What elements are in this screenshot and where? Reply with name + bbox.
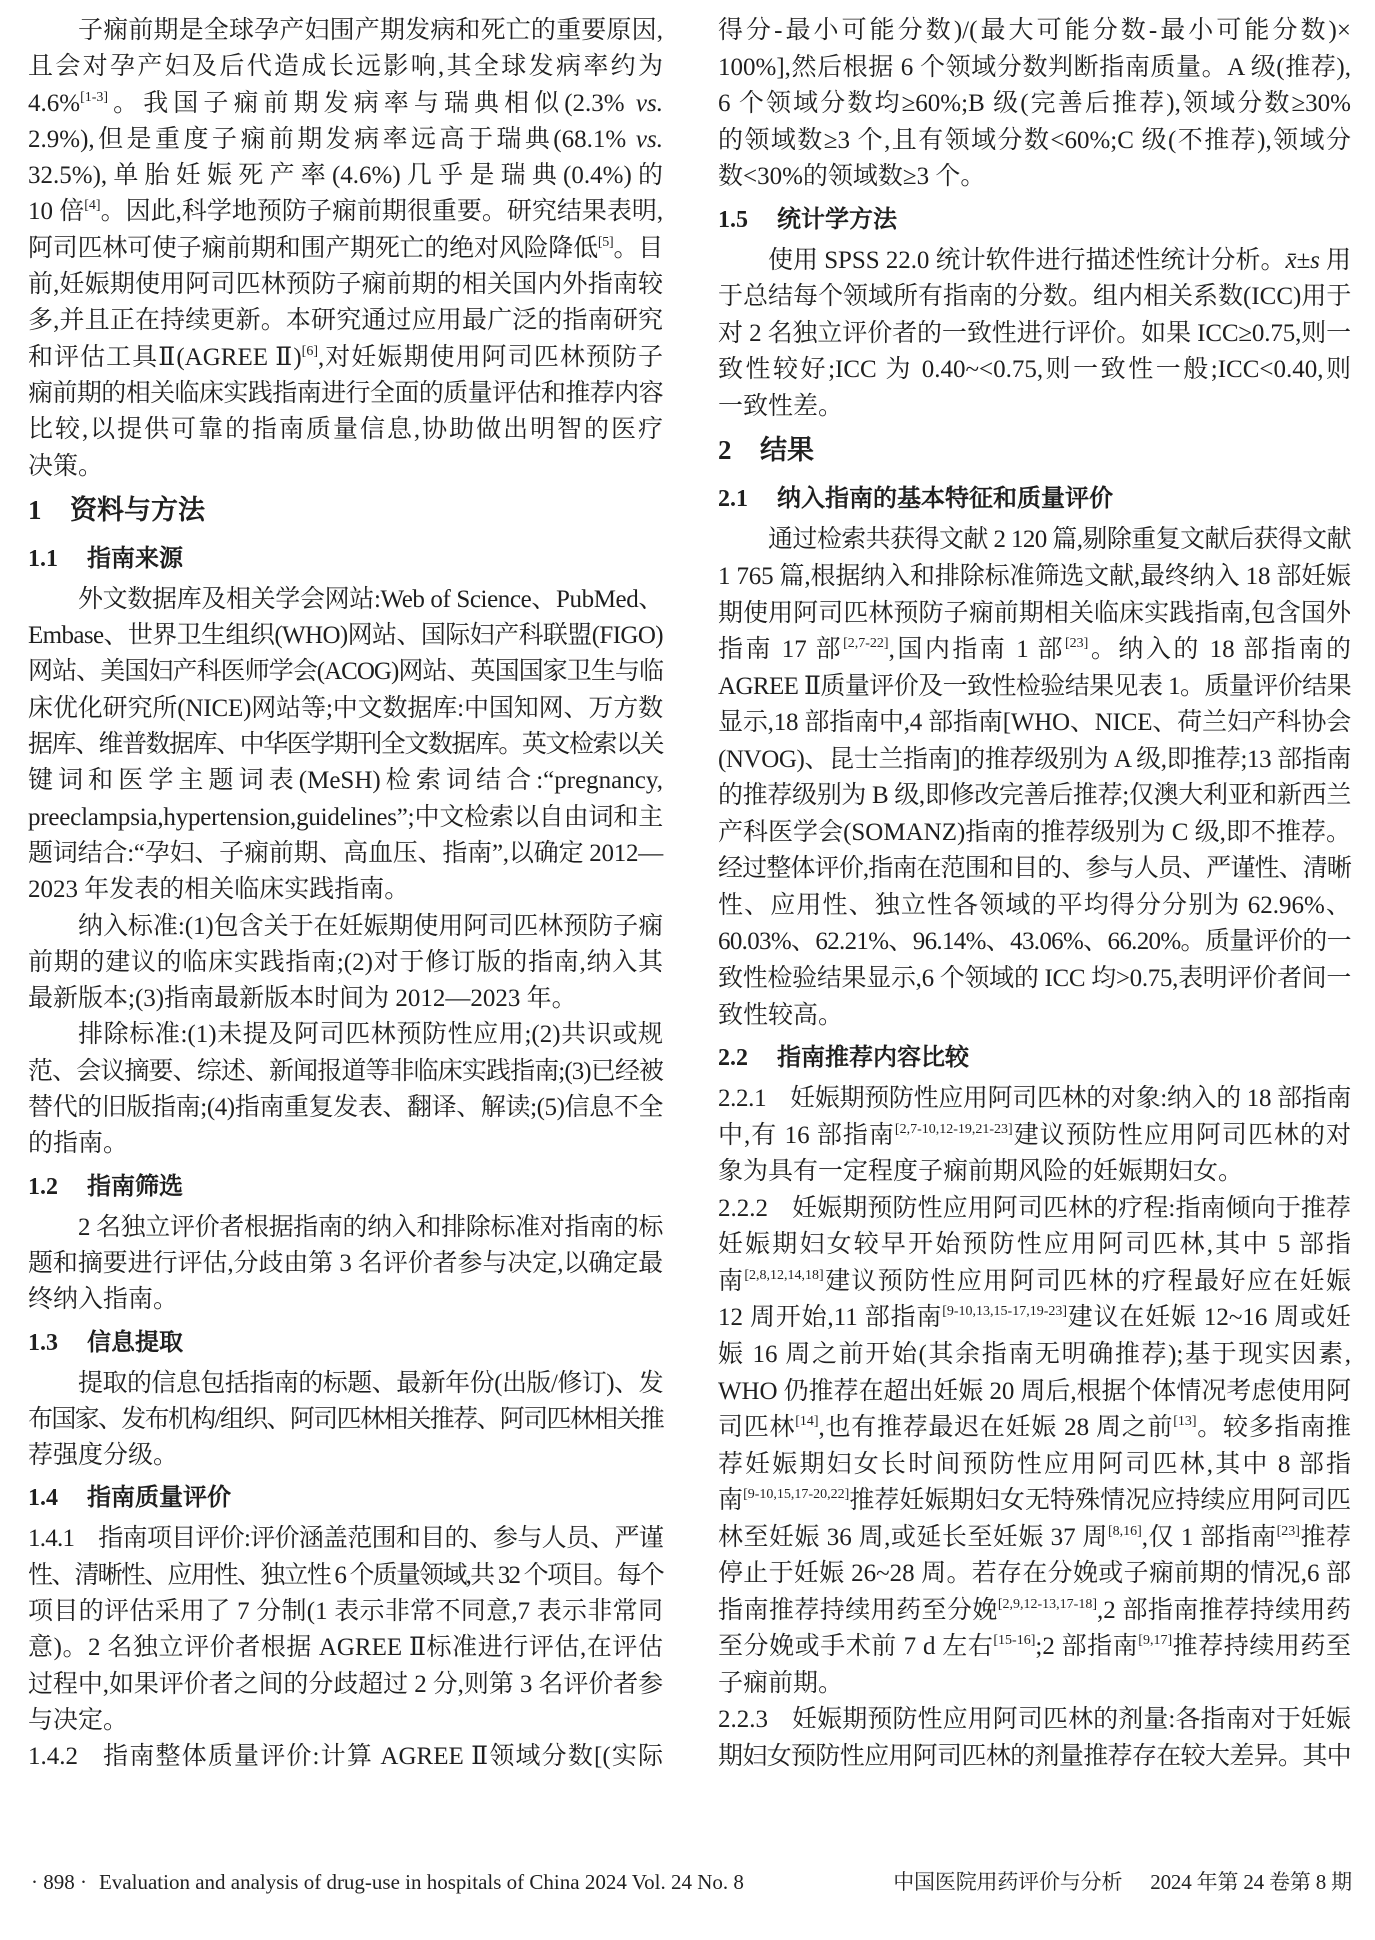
text-line: 题词结合:“孕妇、子痫前期、高血压、指南”,以确定 2012— — [28, 836, 663, 872]
text-segment: 建议预防性应用阿司匹林的对 — [1013, 1122, 1351, 1149]
text-line: 致性检验结果显示,6 个领域的 ICC 均>0.75,表明评价者间一 — [718, 961, 1351, 998]
section-heading-1-2: 1.2指南筛选 — [28, 1163, 663, 1210]
text-line: 通过检索共获得文献 2 120 篇,剔除重复文献后获得文献 — [718, 522, 1351, 559]
text-segment: 妊娠期预防性应用阿司匹林的剂量:各指南对于妊娠 — [792, 1706, 1351, 1733]
text-line: 题和摘要进行评估,分歧由第 3 名评价者参与决定,以确定最 — [28, 1246, 663, 1282]
subsection-number: 2.2.3 — [718, 1706, 768, 1733]
text-line: 南[2,8,12,14,18]建议预防性应用阿司匹林的疗程最好应在妊娠 — [718, 1264, 1351, 1301]
text-line: 2.9%),但是重度子痫前期发病率远高于瑞典(68.1% vs. — [28, 122, 663, 158]
text-segment: 推荐持续用药至 — [1172, 1633, 1351, 1660]
results-characteristics-paragraph: 通过检索共获得文献 2 120 篇,剔除重复文献后获得文献 1 765 篇,根据… — [718, 522, 1351, 1034]
text-line: 2.2.1妊娠期预防性应用阿司匹林的对象:纳入的 18 部指南 — [718, 1081, 1351, 1118]
text-segment: 。我国子痫前期发病率与瑞典相似(2.3% — [108, 90, 636, 117]
text-line: 对 2 名独立评价者的一致性进行评价。如果 ICC≥0.75,则一 — [718, 316, 1351, 353]
text-line: 多,并且正在持续更新。本研究通过应用最广泛的指南研究 — [28, 303, 663, 339]
text-segment: 建议预防性应用阿司匹林的疗程最好应在妊娠 — [824, 1268, 1351, 1295]
text-line: 指南 17 部[2,7-22],国内指南 1 部[23]。纳入的 18 部指南的 — [718, 632, 1351, 669]
heading-title: 指南来源 — [87, 545, 183, 572]
text-segment: ,2 部指南推荐持续用药 — [1097, 1597, 1351, 1624]
text-line: 2023 年发表的相关临床实践指南。 — [28, 872, 663, 908]
text-line: 显示,18 部指南中,4 部指南[WHO、NICE、荷兰妇产科协会 — [718, 705, 1351, 742]
section-heading-2-1: 2.1纳入指南的基本特征和质量评价 — [718, 475, 1351, 522]
text-line: 的推荐级别为 B 级,即修改完善后推荐;仅澳大利亚和新西兰 — [718, 778, 1351, 815]
journal-page: 子痫前期是全球孕产妇围产期发病和死亡的重要原因, 且会对孕产妇及后代造成长远影响… — [0, 0, 1375, 1940]
citation-superscript: [2,8,12,14,18] — [744, 1268, 823, 1283]
text-segment: ,国内指南 1 部 — [889, 636, 1065, 663]
text-segment: 妊娠期预防性应用阿司匹林的疗程:指南倾向于推荐 — [792, 1195, 1351, 1222]
text-segment: 。目 — [613, 235, 663, 262]
text-line: 一致性差。 — [718, 389, 1351, 426]
heading-title: 指南质量评价 — [87, 1484, 231, 1511]
text-line: 比较,以提供可靠的指南质量信息,协助做出明智的医疗 — [28, 412, 663, 448]
text-segment: 和评估工具Ⅱ(AGREE Ⅱ) — [28, 344, 302, 371]
text-line: 4.6%[1-3]。我国子痫前期发病率与瑞典相似(2.3% vs. — [28, 86, 663, 122]
text-line: 的领域数≥3 个,且有领域分数<60%;C 级(不推荐),领域分 — [718, 123, 1351, 160]
text-line: Embase、世界卫生组织(WHO)网站、国际妇产科联盟(FIGO) — [28, 618, 663, 654]
subsection-2-2-3: 2.2.3妊娠期预防性应用阿司匹林的剂量:各指南对于妊娠 期妇女预防性应用阿司匹… — [718, 1702, 1351, 1775]
text-line: 中,有 16 部指南[2,7-10,12-19,21-23]建议预防性应用阿司匹… — [718, 1118, 1351, 1155]
heading-number: 2 — [718, 425, 760, 475]
heading-title: 资料与方法 — [70, 495, 205, 525]
text-segment: 南 — [718, 1487, 743, 1514]
text-line: 子痫前期是全球孕产妇围产期发病和死亡的重要原因, — [28, 13, 663, 49]
text-line: 2.2.3妊娠期预防性应用阿司匹林的剂量:各指南对于妊娠 — [718, 1702, 1351, 1739]
text-segment: 。因此,科学地预防子痫前期很重要。研究结果表明, — [101, 198, 664, 225]
text-line: 致性较高。 — [718, 998, 1351, 1035]
journal-name-cn: 中国医院用药评价与分析 — [893, 1870, 1122, 1894]
statistics-paragraph: 使用 SPSS 22.0 统计软件进行描述性统计分析。x̄±s 用 于总结每个领… — [718, 243, 1351, 426]
text-segment: 。较多指南推 — [1197, 1414, 1351, 1441]
text-line: 阿司匹林可使子痫前期和围产期死亡的绝对风险降低[5]。目 — [28, 231, 663, 267]
text-line: 项目的评估采用了 7 分制(1 表示非常不同意,7 表示非常同 — [28, 1594, 663, 1630]
text-line: (NVOG)、昆士兰指南]的推荐级别为 A 级,即推荐;13 部指南 — [718, 742, 1351, 779]
text-line: 据库、维普数据库、中华医学期刊全文数据库。英文检索以关 — [28, 727, 663, 763]
citation-superscript: [1-3] — [80, 90, 108, 105]
text-line: 指南推荐持续用药至分娩[2,9,12-13,17-18],2 部指南推荐持续用药 — [718, 1593, 1351, 1630]
text-line: 12 周开始,11 部指南[9-10,13,15-17,19-23]建议在妊娠 … — [718, 1300, 1351, 1337]
text-line: 终纳入指南。 — [28, 1282, 663, 1318]
text-line: 林至妊娠 36 周,或延长至妊娠 37 周[8,16],仅 1 部指南[23]推… — [718, 1520, 1351, 1557]
section-heading-1-3: 1.3信息提取 — [28, 1319, 663, 1366]
citation-superscript: [4] — [84, 198, 100, 213]
subsection-number: 2.2.1 — [718, 1085, 766, 1112]
text-segment: 指南整体质量评价:计算 AGREE Ⅱ领域分数[(实际 — [102, 1743, 663, 1770]
text-segment: 建议在妊娠 12~16 周或妊 — [1067, 1304, 1351, 1331]
grading-continuation-paragraph: 得分-最小可能分数)/(最大可能分数-最小可能分数)× 100%],然后根据 6… — [718, 13, 1351, 196]
text-line: 1 765 篇,根据纳入和排除标准筛选文献,最终纳入 18 部妊娠 — [718, 559, 1351, 596]
text-segment: ,仅 1 部指南 — [1142, 1524, 1277, 1551]
running-footer-left: · 898 ·Evaluation and analysis of drug-u… — [31, 1867, 761, 1897]
text-segment: ,也有推荐最迟在妊娠 28 周之前 — [819, 1414, 1174, 1441]
section-heading-1-4: 1.4指南质量评价 — [28, 1474, 663, 1521]
text-line: 的指南。 — [28, 1126, 663, 1162]
text-line: 外文数据库及相关学会网站:Web of Science、PubMed、 — [28, 582, 663, 618]
heading-number: 2.2 — [718, 1035, 777, 1082]
subsection-2-2-2: 2.2.2妊娠期预防性应用阿司匹林的疗程:指南倾向于推荐 妊娠期妇女较早开始预防… — [718, 1191, 1351, 1703]
screening-paragraph: 2 名独立评价者根据指南的纳入和排除标准对指南的标 题和摘要进行评估,分歧由第 … — [28, 1210, 663, 1319]
issue-info-cn: 2024 年第 24 卷第 8 期 — [1150, 1870, 1352, 1894]
text-line: AGREE Ⅱ质量评价及一致性检验结果见表 1。质量评价结果 — [718, 669, 1351, 706]
text-line: 子痫前期。 — [718, 1666, 1351, 1703]
text-line: 性、应用性、独立性各领域的平均得分分别为 62.96%、 — [718, 888, 1351, 925]
text-segment: 指南 17 部 — [718, 636, 843, 663]
section-heading-1: 1资料与方法 — [28, 485, 663, 535]
text-line: 100%],然后根据 6 个领域分数判断指南质量。A 级(推荐), — [718, 50, 1351, 87]
citation-superscript: [6] — [302, 344, 318, 359]
citation-superscript: [9,17] — [1138, 1633, 1172, 1648]
text-line: 前,妊娠期使用阿司匹林预防子痫前期的相关国内外指南较 — [28, 267, 663, 303]
subsection-number: 1.4.1 — [28, 1525, 74, 1552]
text-line: 布国家、发布机构/组织、阿司匹林相关推荐、阿司匹林相关推 — [28, 1402, 663, 1438]
citation-superscript: [5] — [598, 235, 614, 250]
text-line: 意)。2 名独立评价者根据 AGREE Ⅱ标准进行评估,在评估 — [28, 1630, 663, 1666]
text-segment: 指南项目评价:评价涵盖范围和目的、参与人员、严谨 — [98, 1525, 663, 1552]
mean-sd-symbol: x̄±s — [1285, 247, 1319, 274]
citation-superscript: [23] — [1277, 1524, 1300, 1539]
citation-superscript: [2,9,12-13,17-18] — [998, 1597, 1097, 1612]
text-segment: ;2 部指南 — [1035, 1633, 1138, 1660]
text-line: 前期的建议的临床实践指南;(2)对于修订版的指南,纳入其 — [28, 945, 663, 981]
citation-superscript: [9-10,15,17-20,22] — [743, 1487, 849, 1502]
text-line: 10 倍[4]。因此,科学地预防子痫前期很重要。研究结果表明, — [28, 194, 663, 230]
citation-superscript: [14] — [795, 1414, 818, 1429]
text-segment: 推荐妊娠期妇女无特殊情况应持续应用阿司匹 — [849, 1487, 1351, 1514]
text-segment: 用 — [1320, 247, 1351, 274]
text-segment: 。纳入的 18 部指南的 — [1088, 636, 1351, 663]
heading-number: 1 — [28, 485, 70, 535]
text-line: 荐强度分级。 — [28, 1438, 663, 1474]
text-segment: 林至妊娠 36 周,或延长至妊娠 37 周 — [718, 1524, 1108, 1551]
running-footer-right: 中国医院用药评价与分析2024 年第 24 卷第 8 期 — [892, 1867, 1352, 1897]
left-column: 子痫前期是全球孕产妇围产期发病和死亡的重要原因, 且会对孕产妇及后代造成长远影响… — [28, 13, 663, 1775]
text-line: WHO 仍推荐在超出妊娠 20 周后,根据个体情况考虑使用阿 — [718, 1374, 1351, 1411]
heading-title: 指南推荐内容比较 — [777, 1044, 969, 1071]
text-line: 使用 SPSS 22.0 统计软件进行描述性统计分析。x̄±s 用 — [718, 243, 1351, 280]
text-line: 键词和医学主题词表(MeSH)检索词结合:“pregnancy, — [28, 763, 663, 799]
inclusion-criteria-paragraph: 纳入标准:(1)包含关于在妊娠期使用阿司匹林预防子痫 前期的建议的临床实践指南;… — [28, 909, 663, 1018]
heading-title: 信息提取 — [87, 1329, 183, 1356]
heading-number: 1.5 — [718, 197, 777, 244]
subsection-1-4-1: 1.4.1指南项目评价:评价涵盖范围和目的、参与人员、严谨 性、清晰性、应用性、… — [28, 1521, 663, 1739]
text-line: 1.4.1指南项目评价:评价涵盖范围和目的、参与人员、严谨 — [28, 1521, 663, 1557]
journal-name-en: Evaluation and analysis of drug-use in h… — [99, 1870, 744, 1894]
text-line: 纳入标准:(1)包含关于在妊娠期使用阿司匹林预防子痫 — [28, 909, 663, 945]
heading-number: 1.4 — [28, 1475, 87, 1522]
citation-superscript: [9-10,13,15-17,19-23] — [942, 1304, 1067, 1319]
text-line: 期使用阿司匹林预防子痫前期相关临床实践指南,包含国外 — [718, 596, 1351, 633]
citation-superscript: [2,7-22] — [843, 636, 889, 651]
sources-paragraph: 外文数据库及相关学会网站:Web of Science、PubMed、 Emba… — [28, 582, 663, 909]
text-line: 60.03%、62.21%、96.14%、43.06%、66.20%。质量评价的… — [718, 924, 1351, 961]
citation-superscript: [8,16] — [1108, 1524, 1142, 1539]
text-line: 得分-最小可能分数)/(最大可能分数-最小可能分数)× — [718, 13, 1351, 50]
text-line: 替代的旧版指南;(4)指南重复发表、翻译、解读;(5)信息不全 — [28, 1090, 663, 1126]
text-line: 象为具有一定程度子痫前期风险的妊娠期妇女。 — [718, 1154, 1351, 1191]
text-line: 产科医学会(SOMANZ)指南的推荐级别为 C 级,即不推荐。 — [718, 815, 1351, 852]
text-line: 性、清晰性、应用性、独立性 6 个质量领域,共 32 个项目。每个 — [28, 1558, 663, 1594]
text-segment: 至分娩或手术前 7 d 左右 — [718, 1633, 993, 1660]
text-line: 于总结每个领域所有指南的分数。组内相关系数(ICC)用于 — [718, 279, 1351, 316]
text-line: 2 名独立评价者根据指南的纳入和排除标准对指南的标 — [28, 1210, 663, 1246]
subsection-2-2-1: 2.2.1妊娠期预防性应用阿司匹林的对象:纳入的 18 部指南 中,有 16 部… — [718, 1081, 1351, 1191]
text-line: 提取的信息包括指南的标题、最新年份(出版/修订)、发 — [28, 1366, 663, 1402]
text-line: preeclampsia,hypertension,guidelines”;中文… — [28, 800, 663, 836]
text-line: 司匹林[14],也有推荐最迟在妊娠 28 周之前[13]。较多指南推 — [718, 1410, 1351, 1447]
text-line: 决策。 — [28, 449, 663, 485]
text-line: 和评估工具Ⅱ(AGREE Ⅱ)[6],对妊娠期使用阿司匹林预防子 — [28, 340, 663, 376]
text-line: 至分娩或手术前 7 d 左右[15-16];2 部指南[9,17]推荐持续用药至 — [718, 1629, 1351, 1666]
right-column: 得分-最小可能分数)/(最大可能分数-最小可能分数)× 100%],然后根据 6… — [718, 13, 1351, 1776]
exclusion-criteria-paragraph: 排除标准:(1)未提及阿司匹林预防性应用;(2)共识或规 范、会议摘要、综述、新… — [28, 1017, 663, 1162]
text-line: 娠 16 周之前开始(其余指南无明确推荐);基于现实因素, — [718, 1337, 1351, 1374]
text-line: 荐妊娠期妇女长时间预防性应用阿司匹林,其中 8 部指 — [718, 1447, 1351, 1484]
text-line: 致性较好;ICC 为 0.40~<0.75,则一致性一般;ICC<0.40,则 — [718, 352, 1351, 389]
subsection-1-4-2: 1.4.2指南整体质量评价:计算 AGREE Ⅱ领域分数[(实际 — [28, 1739, 663, 1775]
text-line: 与决定。 — [28, 1703, 663, 1739]
text-segment: 4.6% — [28, 90, 80, 117]
text-segment: 10 倍 — [28, 198, 84, 225]
text-segment: 使用 SPSS 22.0 统计软件进行描述性统计分析。 — [768, 247, 1285, 274]
heading-number: 1.1 — [28, 536, 87, 583]
text-segment: 推荐 — [1300, 1524, 1351, 1551]
section-heading-1-1: 1.1指南来源 — [28, 535, 663, 582]
text-segment: 中,有 16 部指南 — [718, 1122, 895, 1149]
text-line: 排除标准:(1)未提及阿司匹林预防性应用;(2)共识或规 — [28, 1017, 663, 1053]
intro-paragraph: 子痫前期是全球孕产妇围产期发病和死亡的重要原因, 且会对孕产妇及后代造成长远影响… — [28, 13, 663, 485]
text-line: 南[9-10,15,17-20,22]推荐妊娠期妇女无特殊情况应持续应用阿司匹 — [718, 1483, 1351, 1520]
heading-number: 1.2 — [28, 1164, 87, 1211]
section-heading-1-5: 1.5统计学方法 — [718, 196, 1351, 243]
text-line: 痫前期的相关临床实践指南进行全面的质量评估和推荐内容 — [28, 376, 663, 412]
section-heading-2-2: 2.2指南推荐内容比较 — [718, 1034, 1351, 1081]
text-segment: ,对妊娠期使用阿司匹林预防子 — [318, 344, 663, 371]
heading-number: 2.1 — [718, 476, 777, 523]
page-number: · 898 · — [31, 1870, 87, 1894]
text-segment: 2.9%),但是重度子痫前期发病率远高于瑞典(68.1% — [28, 126, 636, 153]
citation-superscript: [23] — [1065, 636, 1088, 651]
text-segment: 司匹林 — [718, 1414, 795, 1441]
text-line: 网站、美国妇产科医师学会(ACOG)网站、英国国家卫生与临 — [28, 654, 663, 690]
subsection-number: 2.2.2 — [718, 1195, 768, 1222]
text-line: 2.2.2妊娠期预防性应用阿司匹林的疗程:指南倾向于推荐 — [718, 1191, 1351, 1228]
text-line: 妊娠期妇女较早开始预防性应用阿司匹林,其中 5 部指 — [718, 1227, 1351, 1264]
text-segment: 指南推荐持续用药至分娩 — [718, 1597, 998, 1624]
section-heading-2: 2结果 — [718, 425, 1351, 475]
citation-superscript: [2,7-10,12-19,21-23] — [895, 1122, 1013, 1137]
heading-title: 统计学方法 — [777, 206, 897, 233]
text-line: 6 个领域分数均≥60%;B 级(完善后推荐),领域分数≥30% — [718, 86, 1351, 123]
text-segment: 12 周开始,11 部指南 — [718, 1304, 942, 1331]
text-line: 数<30%的领域数≥3 个。 — [718, 159, 1351, 196]
text-line: 床优化研究所(NICE)网站等;中文数据库:中国知网、万方数 — [28, 691, 663, 727]
extraction-paragraph: 提取的信息包括指南的标题、最新年份(出版/修订)、发 布国家、发布机构/组织、阿… — [28, 1366, 663, 1475]
italic-abbreviation: vs. — [636, 90, 663, 117]
text-segment: 妊娠期预防性应用阿司匹林的对象:纳入的 18 部指南 — [790, 1085, 1351, 1112]
heading-title: 结果 — [760, 435, 814, 465]
text-line: 经过整体评价,指南在范围和目的、参与人员、严谨性、清晰 — [718, 851, 1351, 888]
heading-title: 纳入指南的基本特征和质量评价 — [777, 485, 1113, 512]
text-line: 1.4.2指南整体质量评价:计算 AGREE Ⅱ领域分数[(实际 — [28, 1739, 663, 1775]
text-line: 最新版本;(3)指南最新版本时间为 2012—2023 年。 — [28, 981, 663, 1017]
heading-title: 指南筛选 — [87, 1173, 183, 1200]
text-line: 停止于妊娠 26~28 周。若存在分娩或子痫前期的情况,6 部 — [718, 1556, 1351, 1593]
text-line: 过程中,如果评价者之间的分歧超过 2 分,则第 3 名评价者参 — [28, 1667, 663, 1703]
text-line: 32.5%),单胎妊娠死产率(4.6%)几乎是瑞典(0.4%)的 — [28, 158, 663, 194]
italic-abbreviation: vs. — [636, 126, 663, 153]
heading-number: 1.3 — [28, 1320, 87, 1367]
text-line: 范、会议摘要、综述、新闻报道等非临床实践指南;(3)已经被 — [28, 1054, 663, 1090]
text-segment: 阿司匹林可使子痫前期和围产期死亡的绝对风险降低 — [28, 235, 598, 262]
subsection-number: 1.4.2 — [28, 1743, 78, 1770]
citation-superscript: [15-16] — [993, 1633, 1035, 1648]
text-line: 且会对孕产妇及后代造成长远影响,其全球发病率约为 — [28, 49, 663, 85]
citation-superscript: [13] — [1173, 1414, 1196, 1429]
text-segment: 南 — [718, 1268, 744, 1295]
text-line: 期妇女预防性应用阿司匹林的剂量推荐存在较大差异。其中 — [718, 1739, 1351, 1776]
